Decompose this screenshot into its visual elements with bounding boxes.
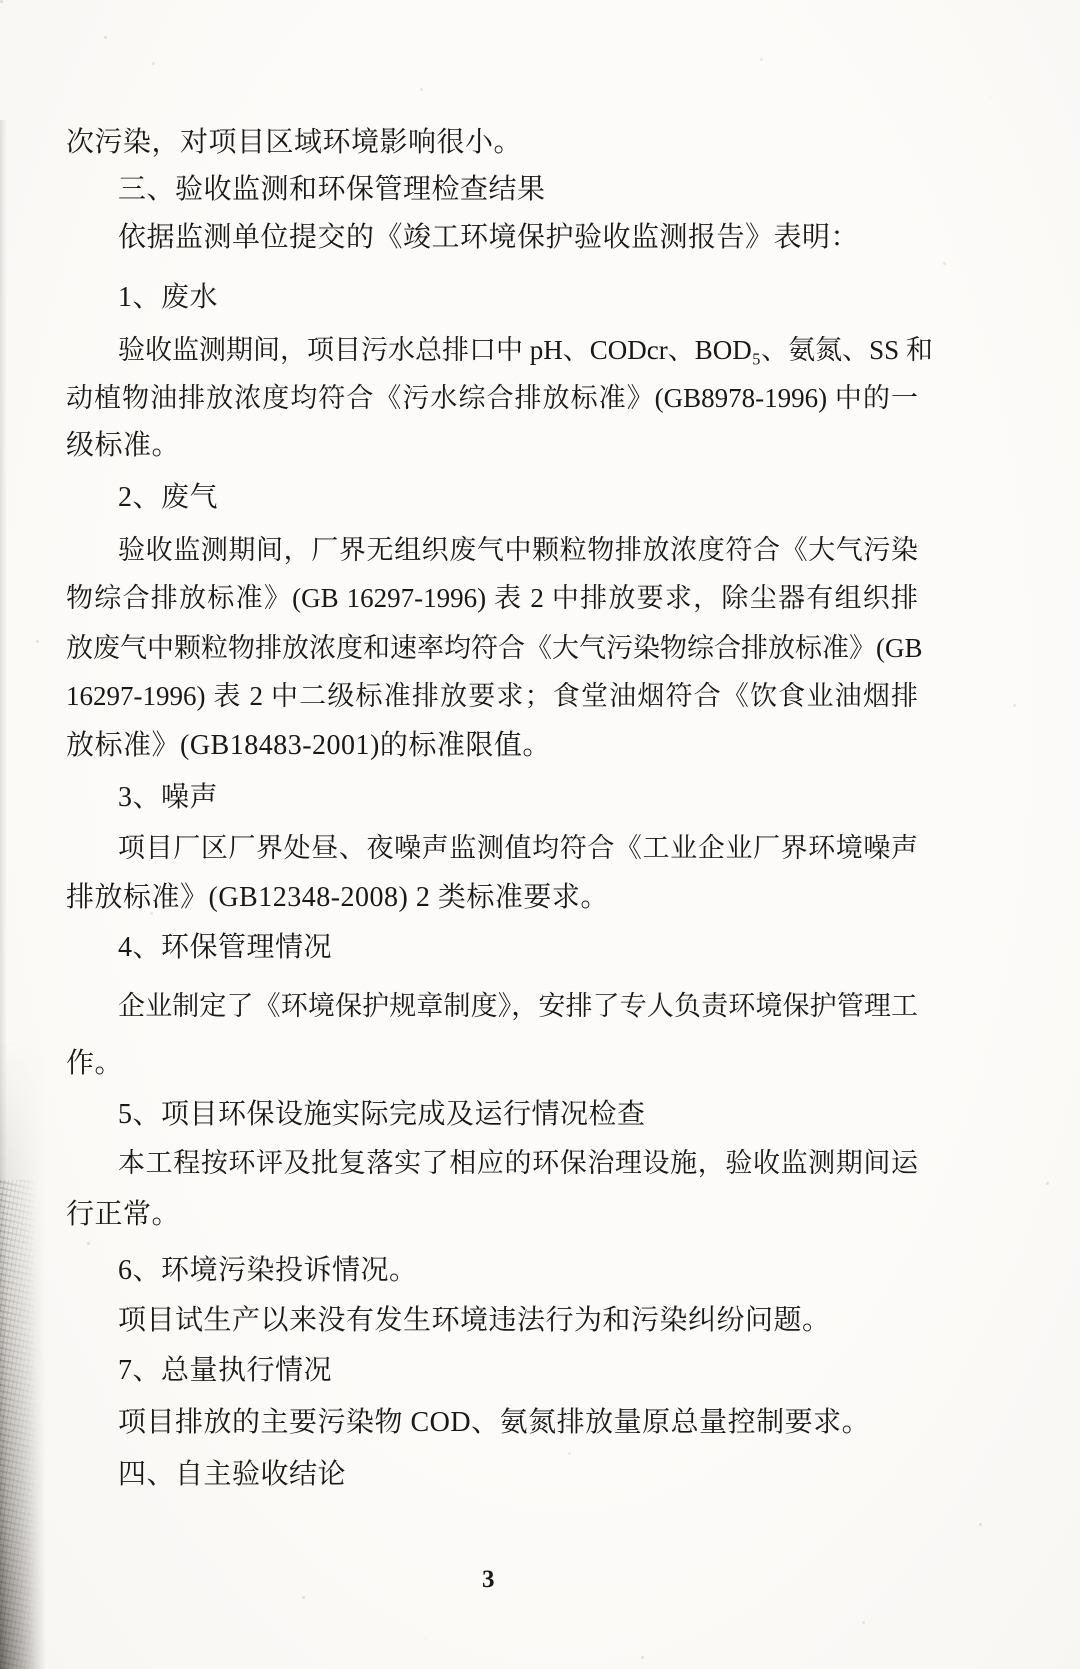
body-line: 次污染，对项目区域环境影响很小。 [66, 124, 522, 162]
body-line: 项目厂区厂界处昼、夜噪声监测值均符合《工业企业厂界环境噪声 [118, 829, 918, 867]
item-heading: 4、环保管理情况 [118, 929, 332, 967]
section-heading: 三、验收监测和环保管理检查结果 [118, 171, 546, 209]
body-line: 动植物油排放浓度均符合《污水综合排放标准》(GB8978-1996) 中的一 [66, 379, 918, 417]
body-line: 行正常。 [66, 1196, 180, 1234]
body-line: 项目排放的主要污染物 COD、氨氮排放量原总量控制要求。 [118, 1404, 870, 1442]
body-line: 企业制定了《环境保护规章制度》，安排了专人负责环境保护管理工 [118, 987, 918, 1025]
item-heading: 2、废气 [118, 479, 218, 517]
body-line: 本工程按环评及批复落实了相应的环保治理设施，验收监测期间运 [118, 1144, 918, 1182]
body-line: 验收监测期间，厂界无组织废气中颗粒物排放浓度符合《大气污染 [118, 531, 918, 569]
item-heading: 3、噪声 [118, 779, 218, 817]
body-line: 放废气中颗粒物排放浓度和速率均符合《大气污染物综合排放标准》(GB [66, 629, 918, 667]
scan-artifact-grain [0, 1180, 40, 1669]
section-heading: 四、自主验收结论 [118, 1456, 346, 1494]
body-line: 作。 [66, 1045, 123, 1083]
body-line: 排放标准》(GB12348-2008) 2 类标准要求。 [66, 879, 609, 917]
body-line: 依据监测单位提交的《竣工环境保护验收监测报告》表明： [118, 219, 859, 257]
item-heading: 1、废水 [118, 279, 218, 317]
page-number: 3 [482, 1566, 495, 1594]
body-line: 验收监测期间，项目污水总排口中 pH、CODcr、BOD₅、氨氮、SS 和 [118, 331, 918, 369]
body-line: 级标准。 [66, 427, 180, 465]
scanned-report-page: 次污染，对项目区域环境影响很小。 三、验收监测和环保管理检查结果 依据监测单位提… [0, 0, 1080, 1669]
item-heading: 6、环境污染投诉情况。 [118, 1252, 418, 1290]
item-heading: 5、项目环保设施实际完成及运行情况检查 [118, 1096, 646, 1134]
body-line: 放标准》(GB18483-2001)的标准限值。 [66, 727, 551, 765]
body-line: 16297-1996) 表 2 中二级标准排放要求；食堂油烟符合《饮食业油烟排 [66, 677, 918, 715]
scan-noise-specks [0, 0, 3, 3]
item-heading: 7、总量执行情况 [118, 1352, 332, 1390]
body-line: 项目试生产以来没有发生环境违法行为和污染纠纷问题。 [118, 1302, 831, 1340]
body-line: 物综合排放标准》(GB 16297-1996) 表 2 中排放要求，除尘器有组织… [66, 579, 918, 617]
